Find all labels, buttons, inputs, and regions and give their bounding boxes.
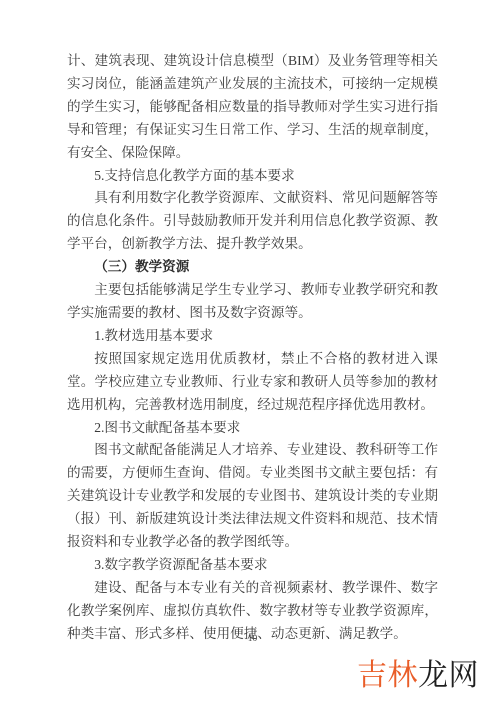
paragraph-6: 1.教材选用基本要求	[67, 325, 438, 348]
watermark-part-longwang: 龙网	[418, 659, 479, 692]
document-page: 计、建筑表现、建筑设计信息模型（BIM）及业务管理等相关实习岗位，能涵盖建筑产业…	[0, 0, 500, 707]
paragraph-9: 图书文献配备能满足人才培养、专业建设、教科研等工作的需要，方便师生查询、借阅。专…	[67, 439, 438, 554]
paragraph-10: 3.数字教学资源配备基本要求	[67, 554, 438, 577]
paragraph-2: 5.支持信息化教学方面的基本要求	[67, 165, 438, 188]
paragraph-4: （三）教学资源	[67, 256, 438, 279]
page-number: 10	[67, 634, 438, 644]
paragraph-3: 具有利用数字化教学资源库、文献资料、常见问题解答等的信息化条件。引导鼓励教师开发…	[67, 187, 438, 256]
paragraph-5: 主要包括能够满足学生专业学习、教师专业教学研究和教学实施需要的教材、图书及数字资…	[67, 279, 438, 325]
document-body: 计、建筑表现、建筑设计信息模型（BIM）及业务管理等相关实习岗位，能涵盖建筑产业…	[67, 50, 438, 646]
paragraph-1: 计、建筑表现、建筑设计信息模型（BIM）及业务管理等相关实习岗位，能涵盖建筑产业…	[67, 50, 438, 165]
paragraph-7: 按照国家规定选用优质教材，禁止不合格的教材进入课堂。学校应建立专业教师、行业专家…	[67, 348, 438, 417]
paragraph-8: 2.图书文献配备基本要求	[67, 417, 438, 440]
watermark: 吉林龙网	[357, 658, 479, 694]
watermark-part-jilin: 吉林	[357, 659, 418, 692]
